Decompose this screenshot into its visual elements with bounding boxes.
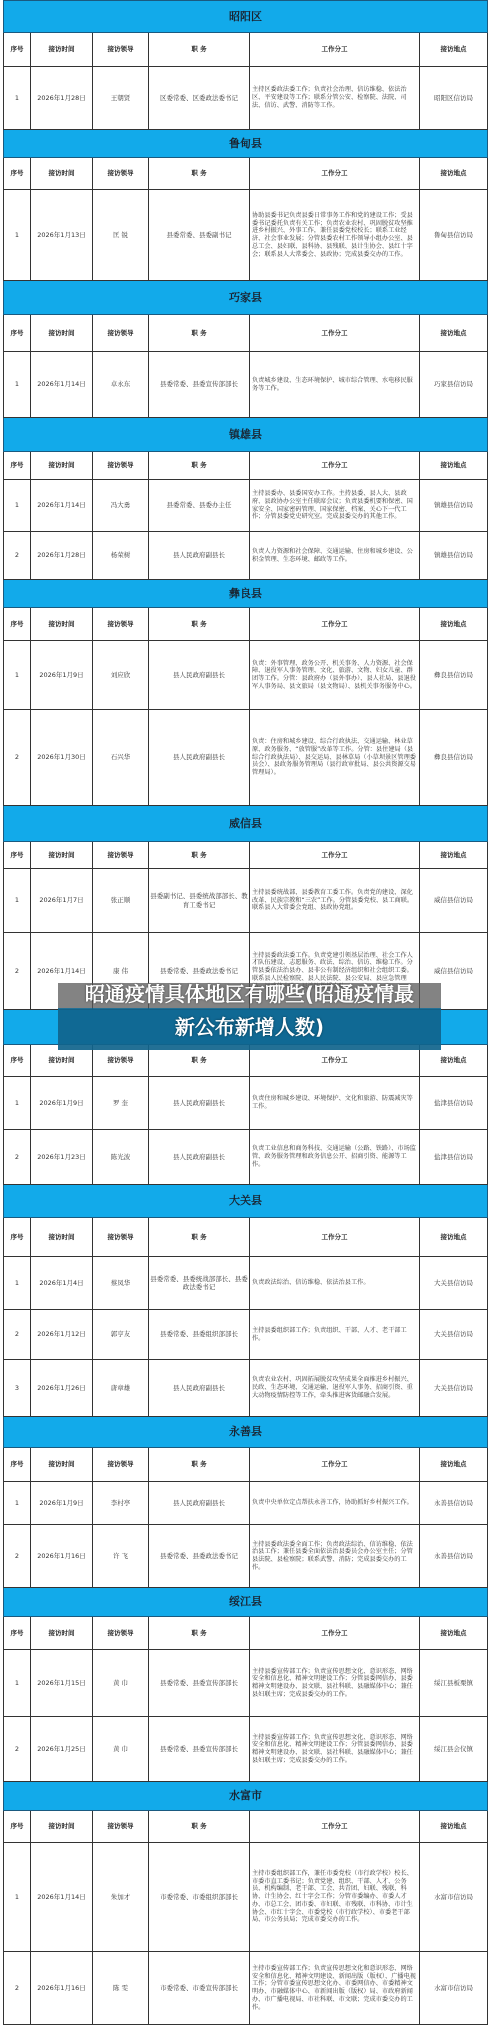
column-header-row: 序号接访时间接访领导职 务工作分工接访地点 (4, 452, 488, 480)
column-header-responsibilities: 工作分工 (250, 842, 420, 869)
column-header-row: 序号接访时间接访领导职 务工作分工接访地点 (4, 315, 488, 352)
reception-location: 绥江县会仪镇 (420, 1717, 488, 1782)
position: 县委常委、县委统战部部长、县委政法委书记 (149, 1257, 250, 1310)
row-number: 2 (4, 1310, 31, 1360)
column-header-leader-name: 接访领导 (93, 452, 149, 480)
district-name: 水富市 (4, 1782, 488, 1811)
row-number: 1 (4, 1650, 31, 1717)
reception-date: 2026年1月23日 (31, 1130, 93, 1185)
reception-location: 永善县信访局 (420, 1482, 488, 1525)
column-header-reception-location: 接访地点 (420, 1218, 488, 1257)
reception-location: 鲁甸县信访局 (420, 190, 488, 281)
reception-location: 镇雄县信访局 (420, 532, 488, 580)
reception-location: 彝良县信访局 (420, 641, 488, 710)
column-header-row: 序号接访时间接访领导职 务工作分工接访地点 (4, 1617, 488, 1650)
reception-date: 2026年1月28日 (31, 67, 93, 130)
overlay-title-line2: 新公布新增人数) (58, 1012, 441, 1042)
leader-name: 蔡凤华 (93, 1257, 149, 1310)
position: 县人民政府副县长 (149, 641, 250, 710)
reception-date: 2026年1月9日 (31, 641, 93, 710)
table-row: 22026年1月12日郭亨友县委常委、县委组织部部长主持县委组织部工作；负责组织… (4, 1310, 488, 1360)
column-header-leader-name: 接访领导 (93, 315, 149, 352)
leader-name: 匡 锐 (93, 190, 149, 281)
column-header-reception-date: 接访时间 (31, 1448, 93, 1482)
leader-name: 罗 奎 (93, 1077, 149, 1130)
column-header-reception-location: 接访地点 (420, 452, 488, 480)
row-number: 1 (4, 1257, 31, 1310)
column-header-row: 序号接访时间接访领导职 务工作分工接访地点 (4, 1811, 488, 1843)
column-header-row: 序号接访时间接访领导职 务工作分工接访地点 (4, 33, 488, 67)
responsibilities: 负责中央单位定点帮扶永善工作，协助抓好乡村振兴工作。 (250, 1482, 420, 1525)
position: 县人民政府副县长 (149, 1360, 250, 1417)
row-number: 2 (4, 1130, 31, 1185)
leader-name: 陈 雯 (93, 1952, 149, 2025)
column-header-reception-location: 接访地点 (420, 1617, 488, 1650)
row-number: 3 (4, 1360, 31, 1417)
column-header-row: 序号接访时间接访领导职 务工作分工接访地点 (4, 1218, 488, 1257)
row-number: 2 (4, 933, 31, 1010)
column-header-reception-date: 接访时间 (31, 315, 93, 352)
column-header-reception-date: 接访时间 (31, 452, 93, 480)
reception-location: 水富市信访局 (420, 1843, 488, 1952)
leader-name: 李村亭 (93, 1482, 149, 1525)
table-row: 22026年1月16日许 飞县委常委、县委政法委书记主持县委政法委全面工作；负责… (4, 1525, 488, 1588)
reception-date: 2026年1月4日 (31, 1257, 93, 1310)
title-overlay-banner: 昭通疫情具体地区有哪些(昭通疫情最 新公布新增人数) (58, 983, 441, 1050)
responsibilities: 负责：住房和城乡建设、综合行政执法、交通运输、林业草原、政务服务、“放管服”改革… (250, 710, 420, 806)
position: 县委常委、县委办主任 (149, 480, 250, 532)
column-header-row: 序号接访时间接访领导职 务工作分工接访地点 (4, 608, 488, 641)
responsibilities: 协助县委书记负责县委日常事务工作和党的建设工作；受县委书记委托负责有关工作；负责… (250, 190, 420, 281)
position: 县委常委、县委宣传部部长 (149, 1650, 250, 1717)
position: 县人民政府副县长 (149, 1130, 250, 1185)
leader-name: 杨荣树 (93, 532, 149, 580)
district-name: 绥江县 (4, 1588, 488, 1617)
column-header-reception-date: 接访时间 (31, 1218, 93, 1257)
column-header-position: 职 务 (149, 452, 250, 480)
leader-name: 黄 巾 (93, 1650, 149, 1717)
leader-name: 刘应欣 (93, 641, 149, 710)
responsibilities: 主持县委宣传部工作；负责宣传思想文化、意识形态、网络安全和信息化、精神文明建设工… (250, 1717, 420, 1782)
column-header-leader-name: 接访领导 (93, 158, 149, 190)
reception-location: 昭阳区信访局 (420, 67, 488, 130)
table-row: 12026年1月7日张正顺县委副书记、县委统战部部长、教育工委书记主持县委统战部… (4, 869, 488, 933)
reception-location: 大关县信访局 (420, 1257, 488, 1310)
column-header-reception-date: 接访时间 (31, 1811, 93, 1843)
column-header-reception-date: 接访时间 (31, 608, 93, 641)
row-number: 1 (4, 641, 31, 710)
leader-name: 许 飞 (93, 1525, 149, 1588)
reception-date: 2026年1月14日 (31, 352, 93, 418)
position: 市委常委、市委宣传部部长 (149, 1952, 250, 2025)
district-name: 鲁甸县 (4, 130, 488, 158)
table-row: 22026年1月28日杨荣树县人民政府副县长负责人力资源和社会保障、交通运输、住… (4, 532, 488, 580)
row-number: 1 (4, 1077, 31, 1130)
column-header-row-number: 序号 (4, 452, 31, 480)
district-header: 彝良县 (4, 580, 488, 608)
responsibilities: 主持市委宣传部工作；负责宣传思想文化和意识形态、网络安全和信息化、精神文明建设、… (250, 1952, 420, 2025)
position: 县委常委、县委政法委书记 (149, 1525, 250, 1588)
column-header-position: 职 务 (149, 608, 250, 641)
column-header-responsibilities: 工作分工 (250, 452, 420, 480)
reception-location: 绥江县板栗镇 (420, 1650, 488, 1717)
table-row: 12026年1月9日刘应欣县人民政府副县长负责：外事管理、政务公开、机关事务、人… (4, 641, 488, 710)
reception-location: 水富市信访局 (420, 1952, 488, 2025)
district-header: 水富市 (4, 1782, 488, 1811)
table-row: 22026年1月23日陈光波县人民政府副县长负责工业信息和商务科技、交通运输（公… (4, 1130, 488, 1185)
district-header: 镇雄县 (4, 418, 488, 452)
reception-location: 盐津县信访局 (420, 1077, 488, 1130)
reception-location: 彝良县信访局 (420, 710, 488, 806)
reception-location: 大关县信访局 (420, 1360, 488, 1417)
column-header-position: 职 务 (149, 33, 250, 67)
row-number: 1 (4, 1482, 31, 1525)
column-header-position: 职 务 (149, 1811, 250, 1843)
reception-date: 2026年1月9日 (31, 1482, 93, 1525)
district-name: 大关县 (4, 1185, 488, 1218)
column-header-reception-date: 接访时间 (31, 842, 93, 869)
column-header-responsibilities: 工作分工 (250, 158, 420, 190)
column-header-reception-location: 接访地点 (420, 158, 488, 190)
responsibilities: 负责政法综治、信访维稳、依法治县工作。 (250, 1257, 420, 1310)
column-header-leader-name: 接访领导 (93, 1617, 149, 1650)
reception-date: 2026年1月25日 (31, 1717, 93, 1782)
table-row: 12026年1月28日王朝贤区委常委、区委政法委书记主持区委政法委工作；负责社会… (4, 67, 488, 130)
leader-name: 朱加才 (93, 1843, 149, 1952)
district-header: 大关县 (4, 1185, 488, 1218)
row-number: 1 (4, 67, 31, 130)
table-row: 12026年1月9日罗 奎县人民政府副县长负责住房和城乡建设、环境保护、文化和旅… (4, 1077, 488, 1130)
position: 县人民政府副县长 (149, 710, 250, 806)
column-header-reception-location: 接访地点 (420, 1811, 488, 1843)
position: 县人民政府副县长 (149, 1077, 250, 1130)
district-header: 绥江县 (4, 1588, 488, 1617)
column-header-row-number: 序号 (4, 842, 31, 869)
column-header-row-number: 序号 (4, 608, 31, 641)
position: 市委常委、市委组织部部长 (149, 1843, 250, 1952)
leader-name: 唐章雄 (93, 1360, 149, 1417)
column-header-row-number: 序号 (4, 1448, 31, 1482)
leader-name: 石兴华 (93, 710, 149, 806)
column-header-leader-name: 接访领导 (93, 1811, 149, 1843)
responsibilities: 主持县委宣传部工作；负责宣传思想文化、意识形态、网络安全和信息化、精神文明建设工… (250, 1650, 420, 1717)
column-header-leader-name: 接访领导 (93, 1448, 149, 1482)
column-header-reception-date: 接访时间 (31, 158, 93, 190)
column-header-position: 职 务 (149, 842, 250, 869)
reception-location: 盐津县信访局 (420, 1130, 488, 1185)
table-row: 12026年1月9日李村亭县人民政府副县长负责中央单位定点帮扶永善工作，协助抓好… (4, 1482, 488, 1525)
district-header: 巧家县 (4, 281, 488, 315)
column-header-responsibilities: 工作分工 (250, 33, 420, 67)
responsibilities: 主持区委政法委工作；负责社会治理、信访维稳、依法治区、平安建设等工作；联系分管公… (250, 67, 420, 130)
reception-date: 2026年1月12日 (31, 1310, 93, 1360)
responsibilities: 负责人力资源和社会保障、交通运输、住房和城乡建设、公积金管理、生态环境、邮政等工… (250, 532, 420, 580)
district-name: 永善县 (4, 1417, 488, 1448)
column-header-leader-name: 接访领导 (93, 1218, 149, 1257)
column-header-row-number: 序号 (4, 1617, 31, 1650)
leader-name: 卓永东 (93, 352, 149, 418)
position: 县委常委、县委宣传部部长 (149, 352, 250, 418)
position: 县人民政府副县长 (149, 532, 250, 580)
table-row: 12026年1月13日匡 锐县委常委、县委副书记协助县委书记负责县委日常事务工作… (4, 190, 488, 281)
row-number: 1 (4, 869, 31, 933)
position: 县委副书记、县委统战部部长、教育工委书记 (149, 869, 250, 933)
responsibilities: 负责农业农村、巩固拓展脱贫攻坚成果全面推进乡村振兴、民政、生态环境、交通运输、退… (250, 1360, 420, 1417)
reception-date: 2026年1月28日 (31, 532, 93, 580)
table-row: 22026年1月30日石兴华县人民政府副县长负责：住房和城乡建设、综合行政执法、… (4, 710, 488, 806)
table-row: 12026年1月14日朱加才市委常委、市委组织部部长主持市委组织部工作，兼任市委… (4, 1843, 488, 1952)
column-header-position: 职 务 (149, 1448, 250, 1482)
table-row: 22026年1月25日黄 巾县委常委、县委宣传部部长主持县委宣传部工作；负责宣传… (4, 1717, 488, 1782)
leader-name: 郭亨友 (93, 1310, 149, 1360)
district-header: 威信县 (4, 806, 488, 842)
reception-location: 威信县信访局 (420, 869, 488, 933)
reception-location: 镇雄县信访局 (420, 480, 488, 532)
column-header-position: 职 务 (149, 158, 250, 190)
column-header-responsibilities: 工作分工 (250, 1811, 420, 1843)
district-header: 鲁甸县 (4, 130, 488, 158)
column-header-row-number: 序号 (4, 33, 31, 67)
responsibilities: 主持市委组织部工作，兼任市委党校（市行政学校）校长、市委市直工委书记；负责党建、… (250, 1843, 420, 1952)
column-header-position: 职 务 (149, 1617, 250, 1650)
row-number: 1 (4, 1843, 31, 1952)
reception-date: 2026年1月7日 (31, 869, 93, 933)
district-name: 彝良县 (4, 580, 488, 608)
reception-date: 2026年1月30日 (31, 710, 93, 806)
table-row: 12026年1月4日蔡凤华县委常委、县委统战部部长、县委政法委书记负责政法综治、… (4, 1257, 488, 1310)
column-header-row: 序号接访时间接访领导职 务工作分工接访地点 (4, 1448, 488, 1482)
column-header-row-number: 序号 (4, 1045, 31, 1077)
column-header-row: 序号接访时间接访领导职 务工作分工接访地点 (4, 842, 488, 869)
leader-name: 张正顺 (93, 869, 149, 933)
table-row: 12026年1月14日卓永东县委常委、县委宣传部部长负责城乡建设、生态环境保护、… (4, 352, 488, 418)
district-name: 威信县 (4, 806, 488, 842)
reception-date: 2026年1月16日 (31, 1525, 93, 1588)
responsibilities: 负责住房和城乡建设、环境保护、文化和旅游、防震减灾等工作。 (250, 1077, 420, 1130)
reception-date: 2026年1月14日 (31, 480, 93, 532)
row-number: 1 (4, 190, 31, 281)
column-header-leader-name: 接访领导 (93, 608, 149, 641)
column-header-row-number: 序号 (4, 315, 31, 352)
column-header-position: 职 务 (149, 1218, 250, 1257)
column-header-reception-location: 接访地点 (420, 842, 488, 869)
reception-location: 永善县信访局 (420, 1525, 488, 1588)
column-header-row-number: 序号 (4, 1218, 31, 1257)
district-header: 昭阳区 (4, 1, 488, 33)
position: 区委常委、区委政法委书记 (149, 67, 250, 130)
position: 县委常委、县委副书记 (149, 190, 250, 281)
responsibilities: 负责城乡建设、生态环境保护、城市综合管理、水电移民服务等工作。 (250, 352, 420, 418)
row-number: 2 (4, 532, 31, 580)
column-header-reception-location: 接访地点 (420, 33, 488, 67)
leader-name: 陈光波 (93, 1130, 149, 1185)
reception-date: 2026年1月26日 (31, 1360, 93, 1417)
overlay-title-line1: 昭通疫情具体地区有哪些(昭通疫情最 (58, 979, 441, 1009)
row-number: 2 (4, 1952, 31, 2025)
reception-date: 2026年1月15日 (31, 1650, 93, 1717)
column-header-responsibilities: 工作分工 (250, 315, 420, 352)
column-header-reception-location: 接访地点 (420, 315, 488, 352)
leader-name: 冯大勇 (93, 480, 149, 532)
table-row: 22026年1月16日陈 雯市委常委、市委宣传部部长主持市委宣传部工作；负责宣传… (4, 1952, 488, 2025)
column-header-responsibilities: 工作分工 (250, 1218, 420, 1257)
column-header-reception-location: 接访地点 (420, 608, 488, 641)
row-number: 2 (4, 710, 31, 806)
reception-date: 2026年1月13日 (31, 190, 93, 281)
responsibilities: 负责工业信息和商务科技、交通运输（公路、铁路）、市场监管、政务服务管理和政务信息… (250, 1130, 420, 1185)
responsibilities: 主持县委办、县委国安办工作。主持县委、县人大、县政府、县政协办公室主任联席会议；… (250, 480, 420, 532)
column-header-reception-date: 接访时间 (31, 33, 93, 67)
responsibilities: 主持县委政法委全面工作；负责政法综治、信访维稳、依法治县工作；兼任县委全面依法治… (250, 1525, 420, 1588)
table-row: 32026年1月26日唐章雄县人民政府副县长负责农业农村、巩固拓展脱贫攻坚成果全… (4, 1360, 488, 1417)
district-name: 昭阳区 (4, 1, 488, 33)
table-row: 12026年1月14日冯大勇县委常委、县委办主任主持县委办、县委国安办工作。主持… (4, 480, 488, 532)
column-header-row-number: 序号 (4, 1811, 31, 1843)
row-number: 1 (4, 352, 31, 418)
column-header-responsibilities: 工作分工 (250, 608, 420, 641)
responsibilities: 主持县委统战部、县委教育工委工作。负责党的建设、深化改革、民族宗教和“三农”工作… (250, 869, 420, 933)
column-header-position: 职 务 (149, 315, 250, 352)
reception-date: 2026年1月14日 (31, 1843, 93, 1952)
leader-name: 王朝贤 (93, 67, 149, 130)
column-header-row: 序号接访时间接访领导职 务工作分工接访地点 (4, 158, 488, 190)
row-number: 1 (4, 480, 31, 532)
district-name: 镇雄县 (4, 418, 488, 452)
row-number: 2 (4, 1525, 31, 1588)
reception-date: 2026年1月16日 (31, 1952, 93, 2025)
reception-location: 巧家县信访局 (420, 352, 488, 418)
responsibilities: 主持县委组织部工作；负责组织、干部、人才、老干部工作。 (250, 1310, 420, 1360)
column-header-row-number: 序号 (4, 158, 31, 190)
position: 县人民政府副县长 (149, 1482, 250, 1525)
column-header-responsibilities: 工作分工 (250, 1617, 420, 1650)
reception-date: 2026年1月9日 (31, 1077, 93, 1130)
column-header-reception-location: 接访地点 (420, 1448, 488, 1482)
column-header-reception-date: 接访时间 (31, 1617, 93, 1650)
table-row: 12026年1月15日黄 巾县委常委、县委宣传部部长主持县委宣传部工作；负责宣传… (4, 1650, 488, 1717)
leader-name: 黄 巾 (93, 1717, 149, 1782)
district-name: 巧家县 (4, 281, 488, 315)
reception-location: 大关县信访局 (420, 1310, 488, 1360)
column-header-responsibilities: 工作分工 (250, 1448, 420, 1482)
column-header-leader-name: 接访领导 (93, 842, 149, 869)
row-number: 2 (4, 1717, 31, 1782)
responsibilities: 负责：外事管理、政务公开、机关事务、人力资源、社会保障、退役军人事务管理、文化、… (250, 641, 420, 710)
column-header-leader-name: 接访领导 (93, 33, 149, 67)
district-header: 永善县 (4, 1417, 488, 1448)
position: 县委常委、县委组织部部长 (149, 1310, 250, 1360)
position: 县委常委、县委宣传部部长 (149, 1717, 250, 1782)
